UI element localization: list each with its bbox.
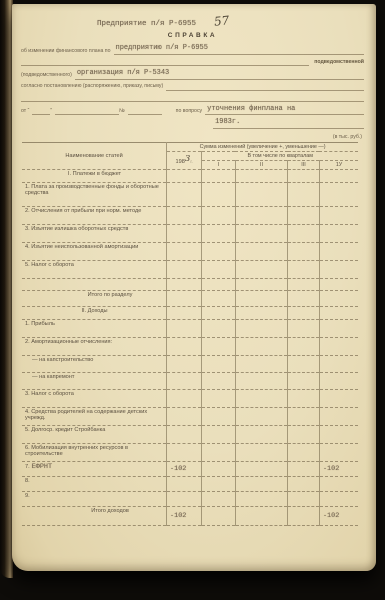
row-value: [235, 291, 287, 307]
basis-label: согласно постановлению (распоряжению, пр…: [21, 83, 166, 90]
row-value: [319, 320, 358, 338]
table-row: 4. Изъятие неиспользованной амортизации: [22, 243, 358, 261]
row-value: [202, 462, 236, 477]
row-value: [202, 279, 236, 291]
row-label: 3. Налог с оборота: [22, 390, 167, 408]
table-row: Итого по разделу: [22, 291, 358, 307]
row-value: [319, 207, 358, 225]
row-value: [288, 279, 320, 291]
row-value: -102: [167, 507, 202, 526]
org-header-line: Предприятие п/я Р-6955 57: [97, 14, 364, 28]
handwritten-number: 57: [213, 13, 230, 29]
row-value: [202, 477, 236, 492]
col-header-quarters-group: В том числе по кварталам: [202, 152, 358, 161]
row-value: [167, 207, 202, 225]
subject-value-typed-1: уточнения финплана на: [207, 105, 295, 115]
row-value: [167, 225, 202, 243]
row-value: [202, 408, 236, 426]
col-header-q4: 1У: [319, 161, 358, 170]
row-label: 6. Мобилизация внутренних ресурсов в стр…: [22, 444, 167, 462]
row-label: 2. Амортизационные отчисления:: [22, 338, 167, 356]
row-value: [288, 207, 320, 225]
subordinate-value-typed: организация п/я Р-5343: [77, 69, 169, 79]
row-value: [288, 243, 320, 261]
row-value: [288, 320, 320, 338]
row-value: [235, 338, 287, 356]
row-label: 2. Отчисления от прибыли при норм. метод…: [22, 207, 167, 225]
row-value: [319, 492, 358, 507]
row-label: 4. Средства родителей на содержание детс…: [22, 408, 167, 426]
row-value: [319, 408, 358, 426]
row-label: II. Доходы: [22, 307, 167, 320]
col-header-names: Наименование статей: [22, 143, 167, 170]
document-title: СПРАВКА: [21, 32, 364, 39]
subject-value-typed-2: 1983г.: [215, 118, 240, 128]
org-name-typed: Предприятие п/я Р-6955: [97, 20, 196, 28]
document-page: Предприятие п/я Р-6955 57 СПРАВКА об изм…: [12, 4, 376, 571]
row-value: [235, 444, 287, 462]
col-header-q2: II: [235, 161, 287, 170]
row-value: [288, 291, 320, 307]
row-value: [202, 261, 236, 279]
row-value: [235, 426, 287, 444]
row-value: [167, 356, 202, 373]
row-value: [288, 170, 320, 183]
row-value: [288, 338, 320, 356]
table-row: 1. Плата за производственные фонды и обо…: [22, 183, 358, 207]
change-value-typed: предприятию п/я Р-6955: [116, 44, 208, 54]
form-line-basis: согласно постановлению (распоряжению, пр…: [21, 83, 364, 91]
row-value: [202, 507, 236, 526]
row-value: [235, 462, 287, 477]
row-value: [167, 279, 202, 291]
row-value: -102: [167, 462, 202, 477]
table-row: Итого доходов-102-102: [22, 507, 358, 526]
row-value: [235, 477, 287, 492]
row-value: [288, 390, 320, 408]
subject-value-line-2: 1983г.: [213, 118, 364, 129]
row-value: [288, 261, 320, 279]
row-value: [202, 291, 236, 307]
row-value: [288, 307, 320, 320]
row-value: [319, 338, 358, 356]
row-label: 5. Долгоср. кредит Стройбанка: [22, 426, 167, 444]
change-label: об изменении финансового плана по: [21, 48, 114, 55]
row-value: [235, 225, 287, 243]
row-value: [235, 373, 287, 390]
row-label: I. Платежи в бюджет: [22, 170, 167, 183]
units-note: (в тыс. руб.): [21, 134, 362, 140]
row-value: [288, 373, 320, 390]
table-row: 6. Мобилизация внутренних ресурсов в стр…: [22, 444, 358, 462]
row-label: 1. Прибыль: [22, 320, 167, 338]
row-value: [319, 426, 358, 444]
date-day-fill: [32, 107, 50, 115]
col-header-q1: I: [202, 161, 236, 170]
row-label: 7.ЕФРНТ: [22, 462, 167, 477]
blank-fill-line: [21, 58, 309, 66]
row-value: [167, 307, 202, 320]
subject-value-line: уточнения финплана на: [205, 105, 364, 116]
form-line-blank: [21, 94, 364, 102]
row-value: [319, 373, 358, 390]
row-value: [288, 507, 320, 526]
basis-fill-line: [166, 83, 364, 91]
row-value: [202, 444, 236, 462]
row-value: [202, 183, 236, 207]
blank-fill-line: [21, 94, 364, 102]
change-value-line: предприятию п/я Р-6955: [114, 44, 365, 55]
row-value: [288, 462, 320, 477]
row-value: [167, 261, 202, 279]
row-label: 5. Налог с оборота: [22, 261, 167, 279]
table-header: Наименование статей Сумма изменений (уве…: [22, 143, 358, 170]
row-value: [202, 207, 236, 225]
col-header-q3: III: [288, 161, 320, 170]
row-value: [235, 307, 287, 320]
row-value: [167, 243, 202, 261]
row-label: [22, 279, 167, 291]
row-value: [202, 390, 236, 408]
row-value: [235, 243, 287, 261]
number-fill: [128, 107, 162, 115]
form-line-subordinate: (подведомственного) организация п/я Р-53…: [21, 69, 364, 80]
row-value: [235, 170, 287, 183]
row-value: [167, 338, 202, 356]
row-value: [235, 507, 287, 526]
row-label: 9.: [22, 492, 167, 507]
row-value: [167, 373, 202, 390]
table-row: 5. Долгоср. кредит Стройбанка: [22, 426, 358, 444]
subject-label: по вопросу: [176, 108, 206, 115]
table-row: I. Платежи в бюджет: [22, 170, 358, 183]
row-value: [288, 183, 320, 207]
table-row: 8.: [22, 477, 358, 492]
row-label-typed: ЕФРНТ: [32, 463, 52, 471]
row-value: [235, 207, 287, 225]
row-value: [202, 426, 236, 444]
form-line-subject-2: 1983г.: [21, 118, 364, 129]
table-row: 7.ЕФРНТ-102-102: [22, 462, 358, 477]
row-value: [235, 492, 287, 507]
row-value: [202, 356, 236, 373]
row-value: [319, 243, 358, 261]
row-value: [319, 307, 358, 320]
table-row: 2. Отчисления от прибыли при норм. метод…: [22, 207, 358, 225]
subordinate-value-line: организация п/я Р-5343: [75, 69, 364, 80]
row-value: [167, 170, 202, 183]
form-line-subordinate-note: подведомственной: [21, 58, 364, 66]
row-value: [202, 170, 236, 183]
row-value: -102: [319, 507, 358, 526]
row-label: 3. Изъятие излишка оборотных средств: [22, 225, 167, 243]
row-label: Итого доходов: [22, 507, 167, 526]
row-label: — на капремонт: [22, 373, 167, 390]
subordinate-right-label: подведомственной: [309, 59, 364, 66]
row-label: Итого по разделу: [22, 291, 167, 307]
row-value: [319, 279, 358, 291]
row-value: [319, 261, 358, 279]
row-value: [319, 390, 358, 408]
row-value: [235, 408, 287, 426]
row-value: [319, 183, 358, 207]
row-value: [235, 261, 287, 279]
form-line-change: об изменении финансового плана по предпр…: [21, 44, 364, 55]
table-body: I. Платежи в бюджет1. Плата за производс…: [22, 170, 358, 526]
row-value: [288, 356, 320, 373]
row-value: [288, 444, 320, 462]
row-value: [202, 243, 236, 261]
row-value: [167, 320, 202, 338]
row-value: [167, 444, 202, 462]
row-value: [319, 356, 358, 373]
row-label: 4. Изъятие неиспользованной амортизации: [22, 243, 167, 261]
scanned-document-photo: { "header": { "org_line": "Предприятие п…: [0, 0, 385, 600]
row-value: [319, 225, 358, 243]
row-value: [235, 183, 287, 207]
table-row: — на капстроительство: [22, 356, 358, 373]
table-row: 9.: [22, 492, 358, 507]
number-sign: №: [119, 108, 128, 115]
finance-change-table: Наименование статей Сумма изменений (уве…: [22, 142, 358, 526]
row-value: [202, 373, 236, 390]
table-row: 5. Налог с оборота: [22, 261, 358, 279]
row-value: -102: [319, 462, 358, 477]
row-value: [202, 338, 236, 356]
col-header-year: 1983г.: [167, 152, 202, 170]
row-value: [288, 477, 320, 492]
row-value: [167, 477, 202, 492]
row-value: [202, 320, 236, 338]
row-value: [167, 183, 202, 207]
row-value: [167, 291, 202, 307]
row-value: [167, 492, 202, 507]
date-month-fill: [55, 107, 119, 115]
table-row: [22, 279, 358, 291]
table-row: 3. Налог с оборота: [22, 390, 358, 408]
row-value: [235, 320, 287, 338]
subordinate-label: (подведомственного): [21, 72, 75, 79]
table-row: 2. Амортизационные отчисления:: [22, 338, 358, 356]
row-value: [319, 170, 358, 183]
row-value: [319, 444, 358, 462]
row-value: [235, 279, 287, 291]
row-value: [167, 408, 202, 426]
row-value: [235, 356, 287, 373]
date-from-label: от “: [21, 108, 32, 115]
row-label: 1. Плата за производственные фонды и обо…: [22, 183, 167, 207]
year-suffix: г.: [190, 160, 193, 165]
row-value: [319, 477, 358, 492]
row-value: [288, 225, 320, 243]
table-row: 1. Прибыль: [22, 320, 358, 338]
table-row: — на капремонт: [22, 373, 358, 390]
row-value: [288, 408, 320, 426]
row-value: [288, 426, 320, 444]
row-label: — на капстроительство: [22, 356, 167, 373]
row-value: [202, 492, 236, 507]
row-value: [202, 307, 236, 320]
row-value: [167, 390, 202, 408]
row-value: [288, 492, 320, 507]
table-row: 3. Изъятие излишка оборотных средств: [22, 225, 358, 243]
col-header-sum: Сумма изменений (увеличение +, уменьшени…: [167, 143, 359, 152]
row-value: [202, 225, 236, 243]
table-row: II. Доходы: [22, 307, 358, 320]
table-row: 4. Средства родителей на содержание детс…: [22, 408, 358, 426]
row-value: [167, 426, 202, 444]
row-label: 8.: [22, 477, 167, 492]
row-value: [319, 291, 358, 307]
row-value: [235, 390, 287, 408]
form-line-date-subject: от “ ” № по вопросу уточнения финплана н…: [21, 105, 364, 116]
year-prefix: 198: [176, 159, 185, 165]
